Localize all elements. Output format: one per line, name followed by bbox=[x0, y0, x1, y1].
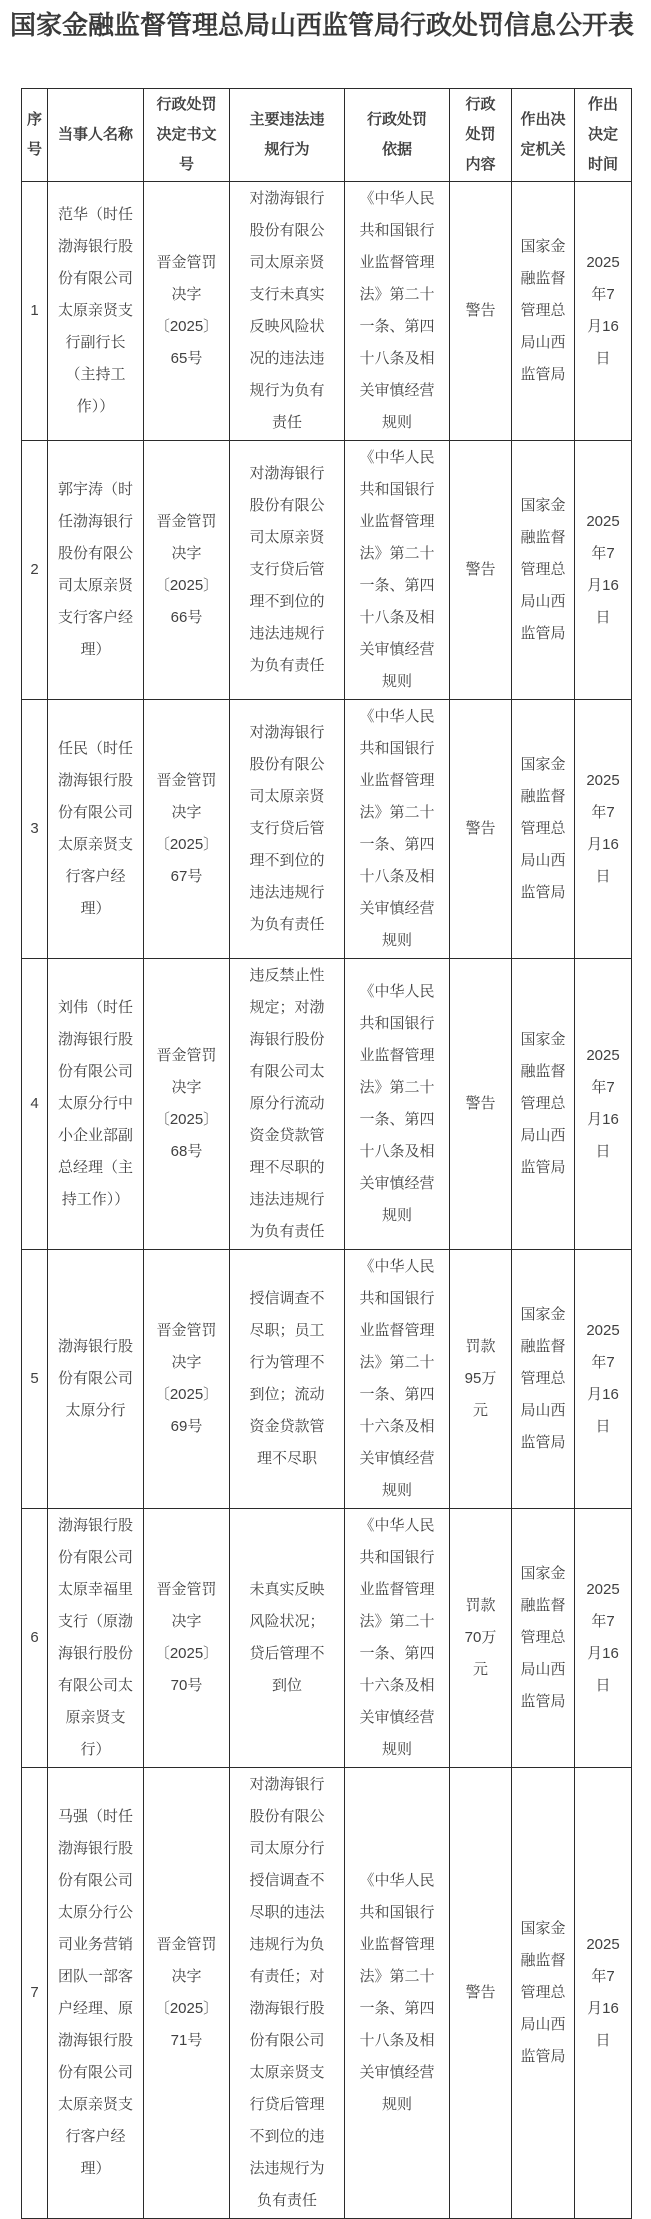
table-body: 1范华（时任 渤海银行股 份有限公司 太原亲贤支 行副行长 （主持工 作））晋金… bbox=[22, 182, 632, 2219]
cell-penalty-content: 罚款 70万 元 bbox=[450, 1509, 512, 1768]
cell-decision-date: 2025 年7 月16 日 bbox=[575, 441, 632, 700]
cell-party-name: 渤海银行股 份有限公司 太原幸福里 支行（原渤 海银行股份 有限公司太 原亲贤支… bbox=[48, 1509, 144, 1768]
cell-decision-date: 2025 年7 月16 日 bbox=[575, 1250, 632, 1509]
page: 国家金融监督管理总局山西监管局行政处罚信息公开表 序 号当事人名称行政处罚 决定… bbox=[0, 0, 651, 2219]
cell-penalty-content: 警告 bbox=[450, 959, 512, 1250]
column-header-penalty-content: 行政 处罚 内容 bbox=[450, 89, 512, 182]
cell-main-violation: 违反禁止性 规定；对渤 海银行股份 有限公司太 原分行流动 资金贷款管 理不尽职… bbox=[230, 959, 345, 1250]
cell-party-name: 郭宇涛（时 任渤海银行 股份有限公 司太原亲贤 支行客户经 理） bbox=[48, 441, 144, 700]
cell-party-name: 刘伟（时任 渤海银行股 份有限公司 太原分行中 小企业部副 总经理（主 持工作）… bbox=[48, 959, 144, 1250]
cell-main-violation: 对渤海银行 股份有限公 司太原亲贤 支行未真实 反映风险状 况的违法违 规行为负… bbox=[230, 182, 345, 441]
cell-main-violation: 对渤海银行 股份有限公 司太原分行 授信调查不 尽职的违法 违规行为负 有责任；… bbox=[230, 1768, 345, 2219]
page-title: 国家金融监督管理总局山西监管局行政处罚信息公开表 bbox=[0, 0, 651, 42]
cell-decision-doc-number: 晋金管罚 决字 〔2025〕 68号 bbox=[144, 959, 230, 1250]
cell-penalty-content: 警告 bbox=[450, 441, 512, 700]
cell-deciding-authority: 国家金 融监督 管理总 局山西 监管局 bbox=[512, 441, 575, 700]
table-row: 5渤海银行股 份有限公司 太原分行晋金管罚 决字 〔2025〕 69号授信调查不… bbox=[22, 1250, 632, 1509]
cell-penalty-content: 罚款 95万 元 bbox=[450, 1250, 512, 1509]
table-row: 3任民（时任 渤海银行股 份有限公司 太原亲贤支 行客户经 理）晋金管罚 决字 … bbox=[22, 700, 632, 959]
cell-decision-doc-number: 晋金管罚 决字 〔2025〕 65号 bbox=[144, 182, 230, 441]
cell-penalty-basis: 《中华人民 共和国银行 业监督管理 法》第二十 一条、第四 十八条及相 关审慎经… bbox=[345, 182, 450, 441]
cell-penalty-content: 警告 bbox=[450, 1768, 512, 2219]
table-header: 序 号当事人名称行政处罚 决定书文 号主要违法违 规行为行政处罚 依据行政 处罚… bbox=[22, 89, 632, 182]
cell-penalty-basis: 《中华人民 共和国银行 业监督管理 法》第二十 一条、第四 十六条及相 关审慎经… bbox=[345, 1509, 450, 1768]
cell-deciding-authority: 国家金 融监督 管理总 局山西 监管局 bbox=[512, 1768, 575, 2219]
cell-serial-number: 7 bbox=[22, 1768, 48, 2219]
cell-main-violation: 未真实反映 风险状况； 贷后管理不 到位 bbox=[230, 1509, 345, 1768]
cell-party-name: 渤海银行股 份有限公司 太原分行 bbox=[48, 1250, 144, 1509]
cell-deciding-authority: 国家金 融监督 管理总 局山西 监管局 bbox=[512, 959, 575, 1250]
column-header-decision-date: 作出 决定 时间 bbox=[575, 89, 632, 182]
cell-serial-number: 5 bbox=[22, 1250, 48, 1509]
cell-serial-number: 6 bbox=[22, 1509, 48, 1768]
cell-decision-doc-number: 晋金管罚 决字 〔2025〕 67号 bbox=[144, 700, 230, 959]
cell-penalty-content: 警告 bbox=[450, 700, 512, 959]
table-row: 2郭宇涛（时 任渤海银行 股份有限公 司太原亲贤 支行客户经 理）晋金管罚 决字… bbox=[22, 441, 632, 700]
column-header-decision-doc-number: 行政处罚 决定书文 号 bbox=[144, 89, 230, 182]
column-header-main-violation: 主要违法违 规行为 bbox=[230, 89, 345, 182]
cell-party-name: 范华（时任 渤海银行股 份有限公司 太原亲贤支 行副行长 （主持工 作）） bbox=[48, 182, 144, 441]
cell-decision-doc-number: 晋金管罚 决字 〔2025〕 69号 bbox=[144, 1250, 230, 1509]
cell-deciding-authority: 国家金 融监督 管理总 局山西 监管局 bbox=[512, 182, 575, 441]
cell-party-name: 任民（时任 渤海银行股 份有限公司 太原亲贤支 行客户经 理） bbox=[48, 700, 144, 959]
cell-main-violation: 授信调查不 尽职；员工 行为管理不 到位；流动 资金贷款管 理不尽职 bbox=[230, 1250, 345, 1509]
cell-party-name: 马强（时任 渤海银行股 份有限公司 太原分行公 司业务营销 团队一部客 户经理、… bbox=[48, 1768, 144, 2219]
cell-decision-date: 2025 年7 月16 日 bbox=[575, 959, 632, 1250]
table-row: 6渤海银行股 份有限公司 太原幸福里 支行（原渤 海银行股份 有限公司太 原亲贤… bbox=[22, 1509, 632, 1768]
cell-decision-date: 2025 年7 月16 日 bbox=[575, 1768, 632, 2219]
penalty-table: 序 号当事人名称行政处罚 决定书文 号主要违法违 规行为行政处罚 依据行政 处罚… bbox=[21, 88, 632, 2219]
cell-penalty-basis: 《中华人民 共和国银行 业监督管理 法》第二十 一条、第四 十八条及相 关审慎经… bbox=[345, 1768, 450, 2219]
column-header-serial-number: 序 号 bbox=[22, 89, 48, 182]
cell-decision-doc-number: 晋金管罚 决字 〔2025〕 66号 bbox=[144, 441, 230, 700]
cell-penalty-basis: 《中华人民 共和国银行 业监督管理 法》第二十 一条、第四 十六条及相 关审慎经… bbox=[345, 1250, 450, 1509]
cell-decision-doc-number: 晋金管罚 决字 〔2025〕 70号 bbox=[144, 1509, 230, 1768]
cell-penalty-basis: 《中华人民 共和国银行 业监督管理 法》第二十 一条、第四 十八条及相 关审慎经… bbox=[345, 959, 450, 1250]
cell-decision-date: 2025 年7 月16 日 bbox=[575, 1509, 632, 1768]
column-header-party-name: 当事人名称 bbox=[48, 89, 144, 182]
table-row: 4刘伟（时任 渤海银行股 份有限公司 太原分行中 小企业部副 总经理（主 持工作… bbox=[22, 959, 632, 1250]
cell-decision-date: 2025 年7 月16 日 bbox=[575, 700, 632, 959]
cell-serial-number: 1 bbox=[22, 182, 48, 441]
cell-decision-date: 2025 年7 月16 日 bbox=[575, 182, 632, 441]
cell-penalty-content: 警告 bbox=[450, 182, 512, 441]
header-row: 序 号当事人名称行政处罚 决定书文 号主要违法违 规行为行政处罚 依据行政 处罚… bbox=[22, 89, 632, 182]
cell-main-violation: 对渤海银行 股份有限公 司太原亲贤 支行贷后管 理不到位的 违法违规行 为负有责… bbox=[230, 700, 345, 959]
column-header-deciding-authority: 作出决 定机关 bbox=[512, 89, 575, 182]
table-row: 7马强（时任 渤海银行股 份有限公司 太原分行公 司业务营销 团队一部客 户经理… bbox=[22, 1768, 632, 2219]
cell-serial-number: 4 bbox=[22, 959, 48, 1250]
cell-penalty-basis: 《中华人民 共和国银行 业监督管理 法》第二十 一条、第四 十八条及相 关审慎经… bbox=[345, 700, 450, 959]
cell-deciding-authority: 国家金 融监督 管理总 局山西 监管局 bbox=[512, 1509, 575, 1768]
cell-deciding-authority: 国家金 融监督 管理总 局山西 监管局 bbox=[512, 1250, 575, 1509]
cell-serial-number: 3 bbox=[22, 700, 48, 959]
cell-deciding-authority: 国家金 融监督 管理总 局山西 监管局 bbox=[512, 700, 575, 959]
column-header-penalty-basis: 行政处罚 依据 bbox=[345, 89, 450, 182]
cell-main-violation: 对渤海银行 股份有限公 司太原亲贤 支行贷后管 理不到位的 违法违规行 为负有责… bbox=[230, 441, 345, 700]
cell-serial-number: 2 bbox=[22, 441, 48, 700]
table-row: 1范华（时任 渤海银行股 份有限公司 太原亲贤支 行副行长 （主持工 作））晋金… bbox=[22, 182, 632, 441]
cell-decision-doc-number: 晋金管罚 决字 〔2025〕 71号 bbox=[144, 1768, 230, 2219]
cell-penalty-basis: 《中华人民 共和国银行 业监督管理 法》第二十 一条、第四 十八条及相 关审慎经… bbox=[345, 441, 450, 700]
